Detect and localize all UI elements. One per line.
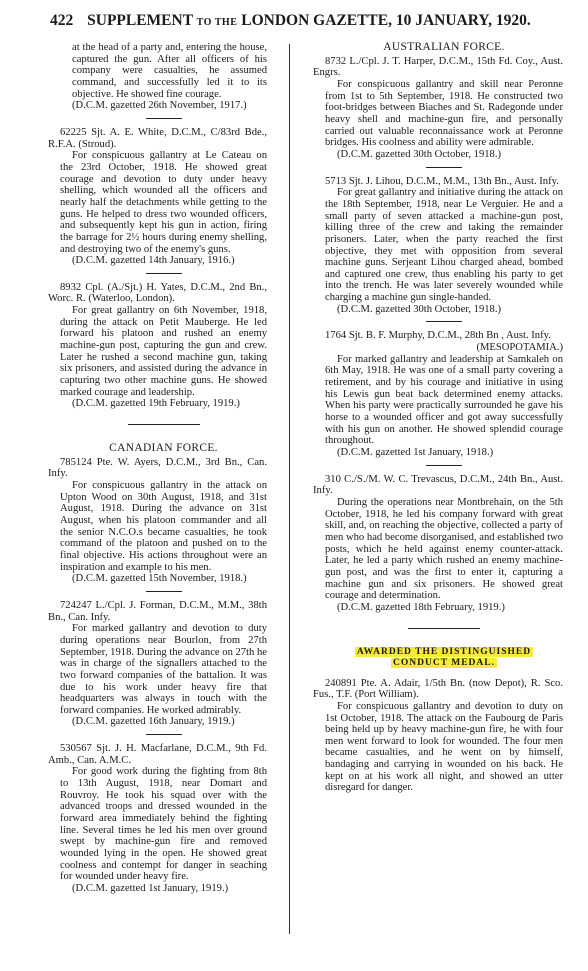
entry-adair: 240891 Pte. A. Adair, 1/5th Bn. (now Dep… (325, 678, 563, 795)
entry-yates: 8932 Cpl. (A./Sjt.) H. Yates, D.C.M., 2n… (60, 282, 267, 410)
gazetted-line: (D.C.M. gazetted 30th October, 1918.) (325, 149, 563, 161)
page-header: 422 SUPPLEMENT to the LONDON GAZETTE, 10… (50, 12, 490, 30)
entry-citation: During the operations near Montbrehain, … (325, 497, 563, 602)
entry-heading: 62225 Sjt. A. E. White, D.C.M., C/83rd B… (48, 127, 267, 150)
separator-rule (146, 734, 182, 735)
entry-murphy: 1764 Sjt. B. F. Murphy, D.C.M., 28th Bn … (325, 330, 563, 458)
entry-citation: For conspicuous gallantry in the attack … (60, 480, 267, 573)
award-section-title: AWARDED THE DISTINGUISHED CONDUCT MEDAL. (325, 647, 563, 670)
section-separator-rule (128, 424, 200, 425)
entry-citation: For good work during the fighting from 8… (60, 766, 267, 883)
entry-lihou: 5713 Sjt. J. Lihou, D.C.M., M.M., 13th B… (325, 176, 563, 316)
column-divider (289, 44, 290, 934)
gazetted-line: (D.C.M. gazetted 1st January, 1918.) (325, 447, 563, 459)
entry-heading: 785124 Pte. W. Ayers, D.C.M., 3rd Bn., C… (48, 457, 267, 480)
separator-rule (426, 167, 462, 168)
gazetted-line: (D.C.M. gazetted 15th November, 1918.) (60, 573, 267, 585)
separator-rule (426, 465, 462, 466)
entry-heading: 5713 Sjt. J. Lihou, D.C.M., M.M., 13th B… (313, 176, 563, 188)
entry-heading-note: (MESOPOTAMIA.) (464, 342, 563, 354)
entry-citation: For great gallantry on 6th November, 191… (60, 305, 267, 398)
gazetted-line: (D.C.M. gazetted 16th January, 1919.) (60, 716, 267, 728)
separator-rule (146, 273, 182, 274)
separator-rule (146, 118, 182, 119)
entry-heading: 310 C./S./M. W. C. Trevascus, D.C.M., 24… (313, 474, 563, 497)
gazetted-line: (D.C.M. gazetted 26th November, 1917.) (60, 100, 267, 112)
entry-citation: For conspicuous gallantry and skill near… (325, 79, 563, 149)
entry-heading: 8932 Cpl. (A./Sjt.) H. Yates, D.C.M., 2n… (48, 282, 267, 305)
gazetted-line: (D.C.M. gazetted 19th February, 1919.) (60, 398, 267, 410)
entry-citation: For conspicuous gallantry and devotion t… (325, 701, 563, 794)
header-title-part2: to the (197, 17, 238, 28)
gazetted-line: (D.C.M. gazetted 14th January, 1916.) (60, 255, 267, 267)
entry-heading: 8732 L./Cpl. J. T. Harper, D.C.M., 15th … (313, 56, 563, 79)
entry-heading: 1764 Sjt. B. F. Murphy, D.C.M., 28th Bn … (313, 330, 563, 342)
gazetted-line: (D.C.M. gazetted 1st January, 1919.) (60, 883, 267, 895)
separator-rule (426, 321, 462, 322)
continuation-text: at the head of a party and, entering the… (60, 42, 267, 100)
entry-heading-text: 1764 Sjt. B. F. Murphy, D.C.M., 28th Bn … (325, 330, 551, 341)
entry-heading: 240891 Pte. A. Adair, 1/5th Bn. (now Dep… (313, 678, 563, 701)
entry-macfarlane: 530567 Sjt. J. H. Macfarlane, D.C.M., 9t… (60, 743, 267, 895)
award-title-line1: AWARDED THE DISTINGUISHED (355, 647, 533, 657)
separator-rule (146, 591, 182, 592)
section-title-canadian: CANADIAN FORCE. (60, 443, 267, 455)
entry-harper: 8732 L./Cpl. J. T. Harper, D.C.M., 15th … (325, 56, 563, 161)
entry-citation: For conspicuous gallantry at Le Cateau o… (60, 150, 267, 255)
entry-citation: For great gallantry and initiative durin… (325, 187, 563, 304)
entry-citation: For marked gallantry and devotion to dut… (60, 623, 267, 716)
entry-heading: 530567 Sjt. J. H. Macfarlane, D.C.M., 9t… (48, 743, 267, 766)
header-title-part3: LONDON GAZETTE, 10 JANUARY, 1920. (241, 12, 531, 29)
gazetted-line: (D.C.M. gazetted 18th February, 1919.) (325, 602, 563, 614)
section-title-australian: AUSTRALIAN FORCE. (325, 42, 563, 54)
entry-white: 62225 Sjt. A. E. White, D.C.M., C/83rd B… (60, 127, 267, 267)
page-number: 422 (50, 12, 73, 29)
section-separator-rule (408, 628, 480, 629)
right-column: AUSTRALIAN FORCE. 8732 L./Cpl. J. T. Har… (325, 42, 563, 794)
gazetted-line: (D.C.M. gazetted 30th October, 1918.) (325, 304, 563, 316)
award-title-line2: CONDUCT MEDAL. (391, 658, 497, 668)
header-title-part1: SUPPLEMENT (87, 12, 193, 29)
entry-trevascus: 310 C./S./M. W. C. Trevascus, D.C.M., 24… (325, 474, 563, 614)
entry-heading: 724247 L./Cpl. J. Forman, D.C.M., M.M., … (48, 600, 267, 623)
left-column: at the head of a party and, entering the… (60, 42, 267, 897)
entry-citation: For marked gallantry and leadership at S… (325, 354, 563, 447)
entry-ayers: 785124 Pte. W. Ayers, D.C.M., 3rd Bn., C… (60, 457, 267, 585)
entry-forman: 724247 L./Cpl. J. Forman, D.C.M., M.M., … (60, 600, 267, 728)
